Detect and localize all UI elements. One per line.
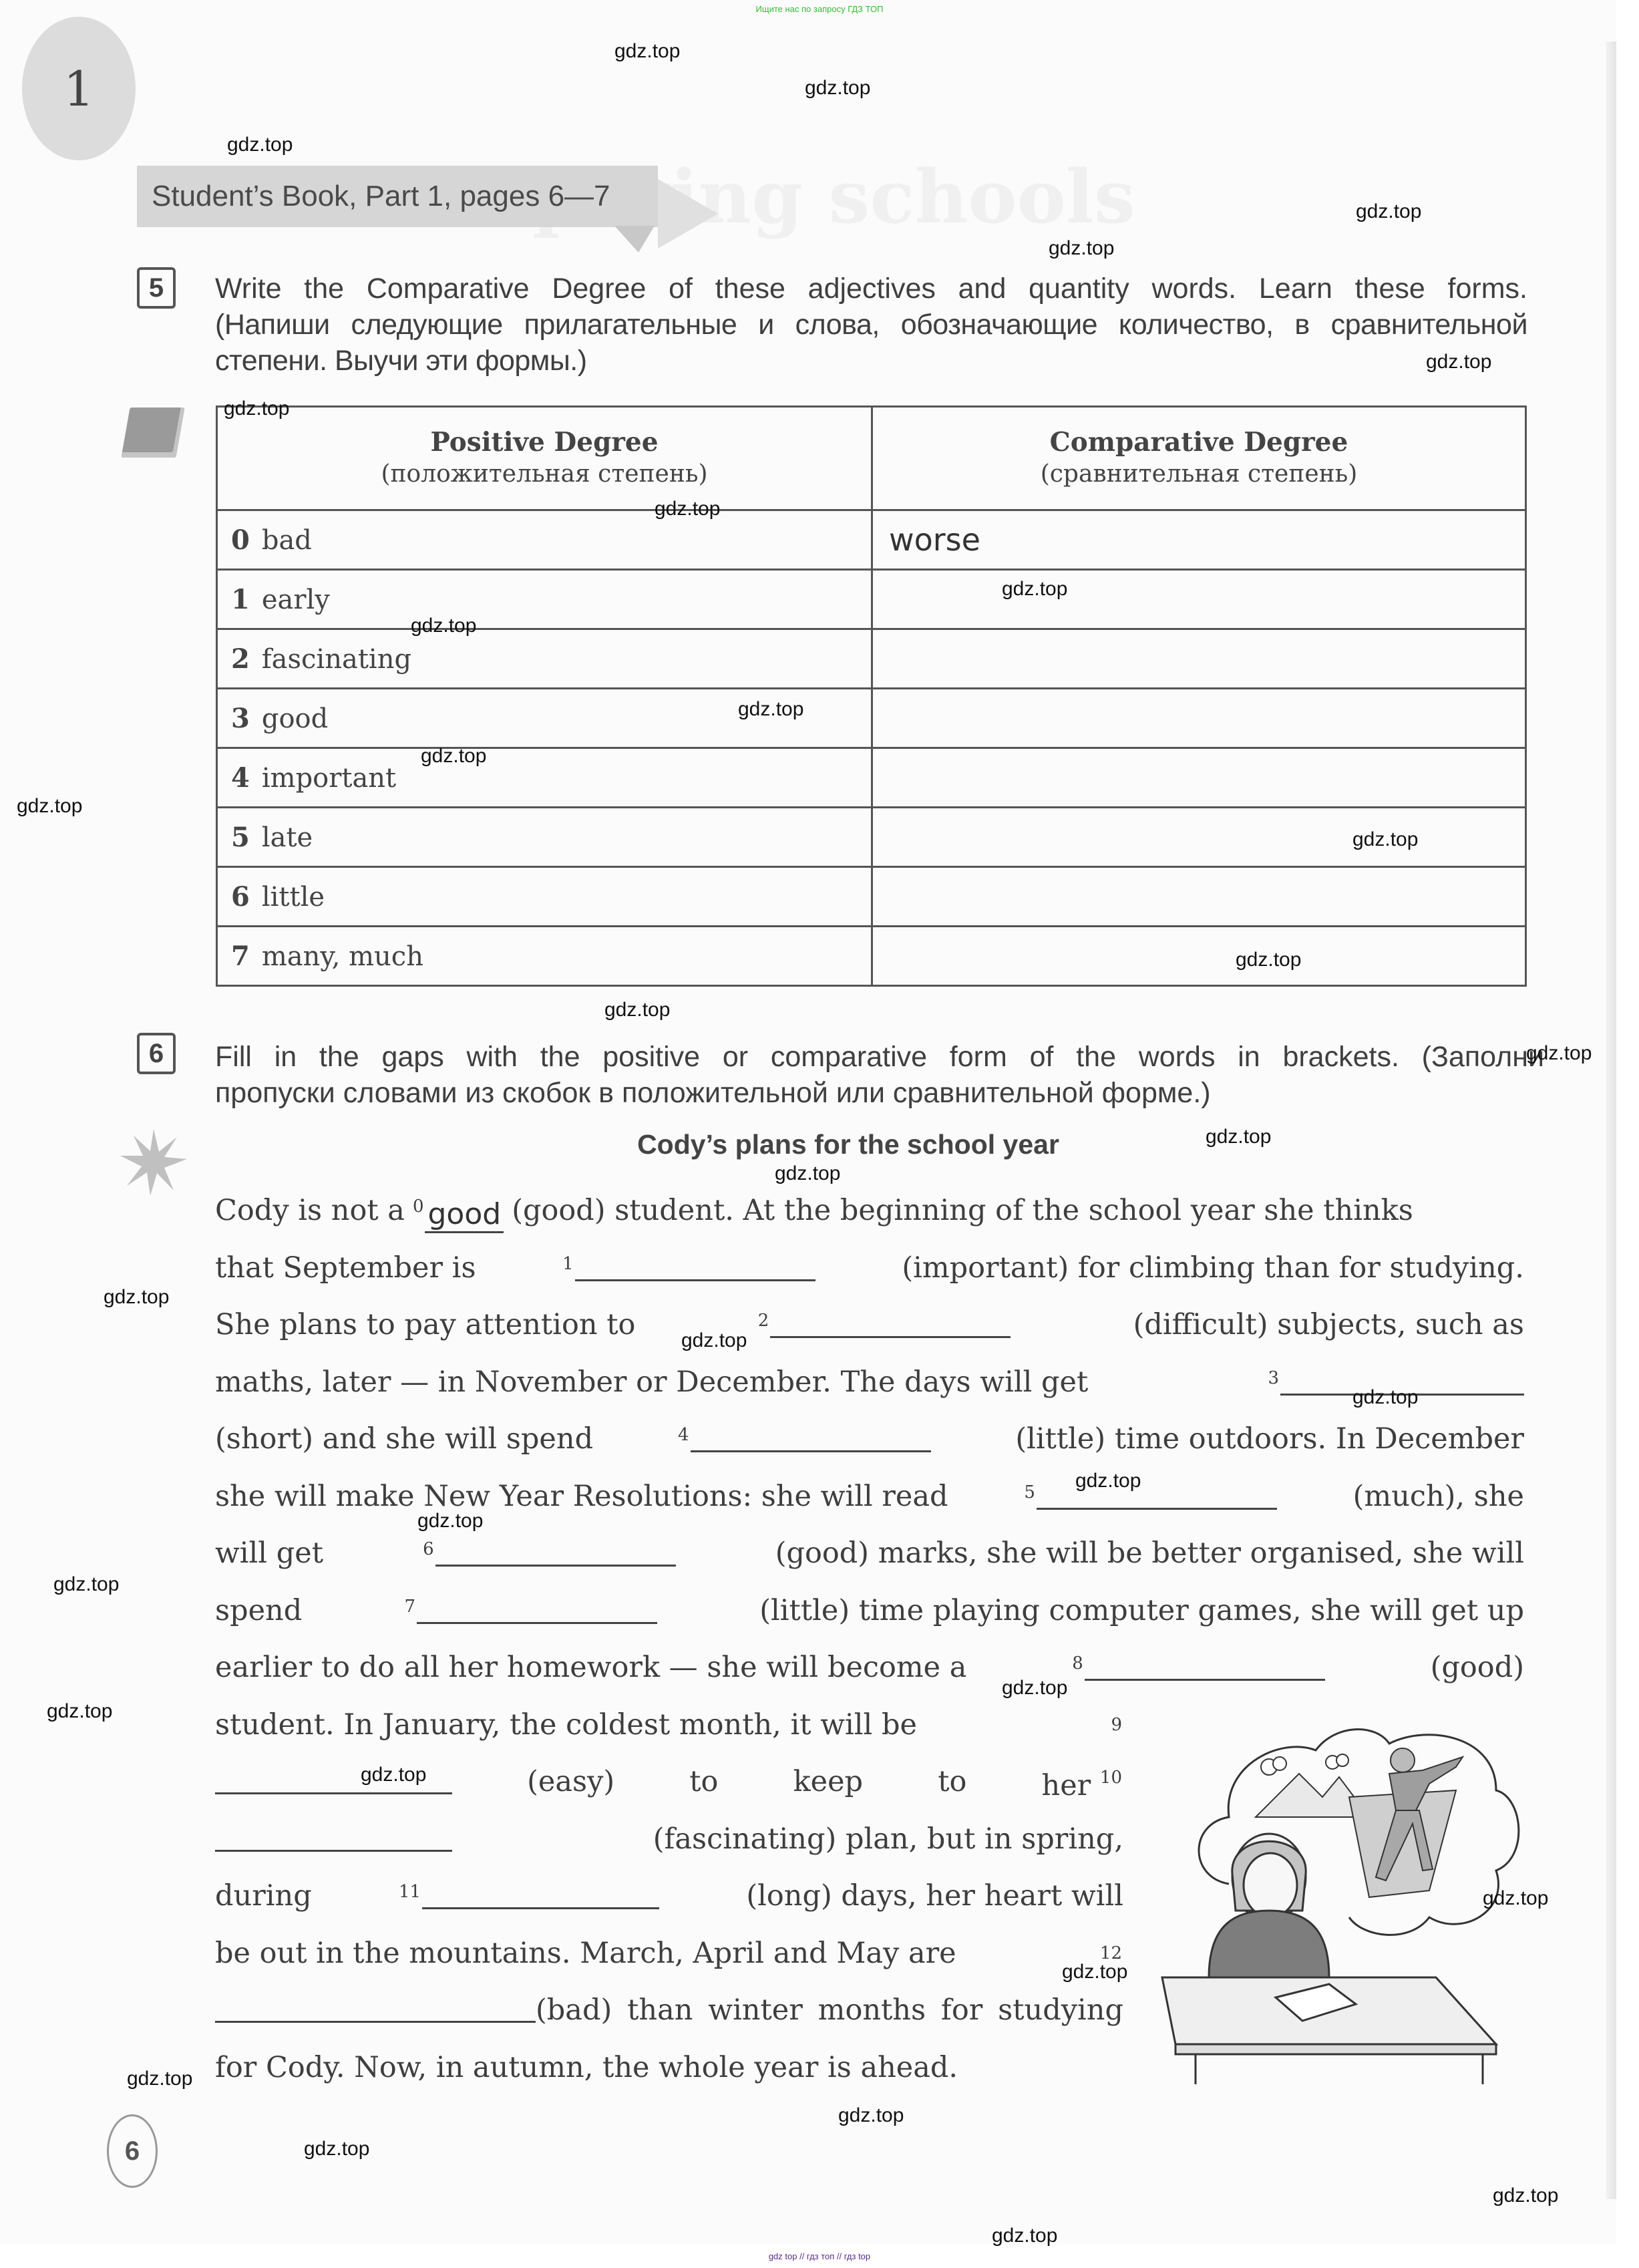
header-comparative-subtitle: (сравнительная степень) [873, 458, 1525, 490]
row-number: 0 [231, 524, 250, 556]
exercise-5-instruction-en: Write the Comparative Degree of these ad… [215, 271, 1527, 307]
story-text-fragment: that September is [215, 1240, 476, 1297]
watermark-text: gdz.top [1206, 1126, 1271, 1148]
watermark-text: gdz.top [1352, 828, 1418, 851]
positive-cell: 7many, much [217, 927, 872, 986]
comparative-cell[interactable] [872, 570, 1526, 629]
story-text-fragment: (difficult) subjects, such as [1133, 1297, 1524, 1354]
row-number: 5 [231, 822, 250, 853]
gap-1[interactable]: 1 [562, 1236, 815, 1301]
story-text-fragment: spend [215, 1583, 302, 1640]
watermark-text: gdz.top [361, 1764, 426, 1786]
positive-word: many, much [262, 941, 423, 972]
comparative-cell: worse [872, 510, 1526, 570]
gap-2[interactable]: 2 [758, 1293, 1011, 1358]
gap-7[interactable]: 7 [405, 1579, 658, 1644]
story-line: maths, later — in November or December. … [215, 1354, 1524, 1412]
comparative-cell[interactable] [872, 808, 1526, 867]
exercise-6-instruction-ru: пропуски словами из скобок в положительн… [215, 1075, 1544, 1111]
watermark-text: gdz.top [1426, 351, 1491, 373]
watermark-text: gdz.top [417, 1510, 483, 1532]
page-number-badge: 6 [107, 2114, 158, 2188]
row-number: 1 [231, 584, 250, 615]
story-text-fragment: keep [793, 1754, 863, 1811]
header-positive-title: Positive Degree [430, 427, 658, 458]
story-text-fragment: her 10 [1042, 1750, 1123, 1815]
story-text-fragment: (good) [1431, 1639, 1524, 1697]
watermark-text: gdz.top [53, 1573, 119, 1596]
exercise-5-instruction-ru: (Напиши следующие прилагательные и слова… [215, 307, 1527, 379]
story-line: (fascinating) plan, but in spring, [215, 1811, 1123, 1869]
story-text-fragment: (little) time playing computer games, sh… [759, 1583, 1524, 1640]
watermark-text: gdz.top [805, 77, 870, 100]
site-note-top: Ищите нас по запросу ГДЗ ТОП [0, 4, 1639, 14]
positive-cell: 2fascinating [217, 629, 872, 689]
gap-8[interactable]: 8 [1072, 1635, 1325, 1701]
gap-number: 9 [1111, 1697, 1122, 1754]
story-text-fragment: during [215, 1868, 312, 1925]
story-line: during 11 (long) days, her heart will [215, 1868, 1123, 1925]
watermark-text: gdz.top [681, 1329, 747, 1352]
book-icon [121, 408, 184, 458]
positive-cell: 4important [217, 748, 872, 808]
story-line: student. In January, the coldest month, … [215, 1697, 1123, 1754]
header-comparative: Comparative Degree (сравнительная степен… [872, 407, 1526, 510]
exercise-6-instruction: Fill in the gaps with the positive or co… [215, 1039, 1544, 1111]
story-line: (bad) than winter months for studying [215, 1982, 1123, 2040]
banner-arrow-icon [658, 179, 718, 249]
exercise-5-number-text: 5 [149, 273, 164, 303]
header-positive-subtitle: (положительная степень) [218, 458, 871, 490]
story-title: Cody’s plans for the school year [0, 1129, 1639, 1160]
watermark-text: gdz.top [1526, 1042, 1592, 1065]
story-text-fragment: student. In January, the coldest month, … [215, 1697, 917, 1754]
gap-number: 2 [758, 1311, 769, 1331]
watermark-text: gdz.top [1352, 1386, 1418, 1409]
watermark-text: gdz.top [655, 498, 720, 520]
gap-10[interactable] [215, 1827, 452, 1852]
row-number: 4 [231, 762, 250, 794]
row-number: 6 [231, 881, 250, 913]
watermark-text: gdz.top [1062, 1961, 1127, 1983]
watermark-text: gdz.top [992, 2225, 1057, 2247]
gap-number: 0 [413, 1196, 424, 1217]
story-line: (easy) to keep to her 10 [215, 1754, 1123, 1811]
positive-word: early [262, 585, 330, 615]
positive-word: important [262, 763, 396, 794]
source-banner: Student’s Book, Part 1, pages 6—7 [137, 166, 658, 227]
watermark-text: gdz.top [1049, 237, 1114, 260]
exercise-6-instruction-en: Fill in the gaps with the positive or co… [215, 1039, 1544, 1075]
gap-number: 3 [1268, 1368, 1279, 1388]
watermark-text: gdz.top [604, 999, 670, 1021]
gap-number: 5 [1024, 1482, 1035, 1502]
positive-cell: 1early [217, 570, 872, 629]
story-line: spend 7 (little) time playing computer g… [215, 1583, 1524, 1640]
table-row: 0badworse [217, 510, 1526, 570]
comparative-cell[interactable] [872, 748, 1526, 808]
story-line: earlier to do all her homework — she wil… [215, 1639, 1524, 1697]
positive-cell: 0bad [217, 510, 872, 570]
positive-word: good [262, 703, 328, 734]
gap-number: 4 [678, 1425, 689, 1445]
gap-number: 11 [399, 1882, 421, 1902]
watermark-text: gdz.top [1356, 200, 1421, 223]
watermark-text: gdz.top [1236, 949, 1301, 971]
story-line: will get 6 (good) marks, she will be bet… [215, 1525, 1524, 1583]
watermark-text: gdz.top [127, 2068, 192, 2090]
story-text-fragment: be out in the mountains. March, April an… [215, 1925, 956, 1983]
gap-5[interactable]: 5 [1024, 1464, 1277, 1530]
story-text-fragment: will get [215, 1525, 323, 1583]
row-number: 3 [231, 703, 250, 734]
positive-word: bad [262, 525, 312, 556]
gap-12[interactable] [215, 1998, 536, 2023]
row-number: 7 [231, 941, 250, 972]
positive-word: fascinating [262, 644, 411, 675]
table-row: 2fascinating [217, 629, 1526, 689]
gap-4[interactable]: 4 [678, 1407, 931, 1472]
watermark-text: gdz.top [47, 1700, 112, 1723]
story-text-fragment: (bad) than winter months for studying [536, 1982, 1123, 2040]
story-text-fragment: (little) time outdoors. In December [1015, 1411, 1524, 1468]
story-text-fragment: (long) days, her heart will [746, 1868, 1123, 1925]
positive-word: late [262, 822, 313, 853]
story-text-fragment: (short) and she will spend [215, 1411, 593, 1468]
story-text-fragment: (important) for climbing than for studyi… [902, 1240, 1524, 1297]
gap-number: 8 [1072, 1653, 1083, 1673]
gap-number: 7 [405, 1597, 416, 1617]
exercise-6-number-text: 6 [149, 1039, 164, 1069]
story-text-fragment: Cody is not a [215, 1182, 405, 1240]
gap-number: 1 [562, 1254, 574, 1274]
watermark-text: gdz.top [1493, 2184, 1558, 2207]
watermark-text: gdz.top [775, 1162, 840, 1185]
watermark-text: gdz.top [421, 745, 486, 768]
table-row: 3good [217, 689, 1526, 748]
story-line: she will make New Year Resolutions: she … [215, 1468, 1524, 1526]
exercise-6-number: 6 [137, 1033, 176, 1074]
watermark-text: gdz.top [1483, 1887, 1548, 1910]
story-text-fragment: to [938, 1754, 966, 1811]
table-row: 6little [217, 867, 1526, 927]
source-banner-text: Student’s Book, Part 1, pages 6—7 [152, 180, 610, 213]
example-answer: good [425, 1197, 504, 1233]
story-line: She plans to pay attention to 2 (difficu… [215, 1297, 1524, 1354]
watermark-text: gdz.top [304, 2138, 369, 2160]
watermark-text: gdz.top [224, 397, 289, 420]
degree-table: Positive Degree (положительная степень) … [216, 406, 1527, 987]
comparative-cell[interactable] [872, 927, 1526, 986]
site-note-bottom: gdz top // гдз топ // гдз top [0, 2251, 1639, 2261]
watermark-text: gdz.top [1002, 1677, 1067, 1699]
watermark-text: gdz.top [838, 2104, 904, 2127]
story-line: Cody is not a 0good (good) student. At t… [215, 1182, 1524, 1240]
watermark-text: gdz.top [17, 795, 82, 818]
watermark-text: gdz.top [1002, 578, 1067, 601]
story-line: (short) and she will spend 4 (little) ti… [215, 1411, 1524, 1468]
story-text-fragment: (fascinating) plan, but in spring, [653, 1811, 1123, 1869]
story-text-fragment: (much), she [1353, 1468, 1524, 1526]
gap-number: 6 [423, 1539, 434, 1559]
comparative-cell[interactable] [872, 867, 1526, 927]
page-number: 6 [125, 2136, 140, 2166]
watermark-text: gdz.top [738, 698, 803, 721]
row-number: 2 [231, 643, 250, 675]
watermark-text: gdz.top [104, 1286, 169, 1309]
table-row: 7many, much [217, 927, 1526, 986]
story-text-fragment: (good) student. At the beginning of the … [512, 1182, 1413, 1240]
story-text-fragment: earlier to do all her homework — she wil… [215, 1639, 966, 1697]
watermark-text: gdz.top [411, 615, 476, 637]
table-row: 4important [217, 748, 1526, 808]
positive-cell: 5late [217, 808, 872, 867]
header-comparative-title: Comparative Degree [1050, 427, 1348, 458]
watermark-text: gdz.top [1075, 1470, 1141, 1492]
story-line: that September is 1 (important) for clim… [215, 1240, 1524, 1297]
story-text-fragment: her [1042, 1769, 1091, 1802]
exercise-5-instruction: Write the Comparative Degree of these ad… [215, 271, 1527, 379]
page-edge [1606, 41, 1616, 2199]
watermark-text: gdz.top [614, 40, 680, 63]
gap-number: 10 [1100, 1768, 1122, 1788]
gap-0: 0good [413, 1178, 504, 1244]
story-text-fragment: She plans to pay attention to [215, 1297, 635, 1354]
chapter-number-badge: 1 [22, 17, 136, 160]
positive-word: little [262, 882, 325, 913]
story-text-fragment: to [689, 1754, 718, 1811]
comparative-cell[interactable] [872, 629, 1526, 689]
story-text-fragment: (good) marks, she will be better organis… [775, 1525, 1524, 1583]
story-text-fragment: (easy) [527, 1754, 614, 1811]
story-line: be out in the mountains. March, April an… [215, 1925, 1123, 1983]
positive-cell: 6little [217, 867, 872, 927]
story-text-fragment: she will make New Year Resolutions: she … [215, 1468, 948, 1526]
story-text-fragment: maths, later — in November or December. … [215, 1354, 1088, 1412]
header-positive: Positive Degree (положительная степень) [217, 407, 872, 510]
story-text-fragment: for Cody. Now, in autumn, the whole year… [215, 2040, 958, 2097]
gap-11[interactable]: 11 [399, 1864, 659, 1929]
watermark-text: gdz.top [227, 134, 293, 156]
comparative-cell[interactable] [872, 689, 1526, 748]
table-row: 5late [217, 808, 1526, 867]
comparative-answer: worse [889, 522, 980, 558]
exercise-5-number: 5 [137, 267, 176, 309]
chapter-number: 1 [63, 61, 94, 117]
